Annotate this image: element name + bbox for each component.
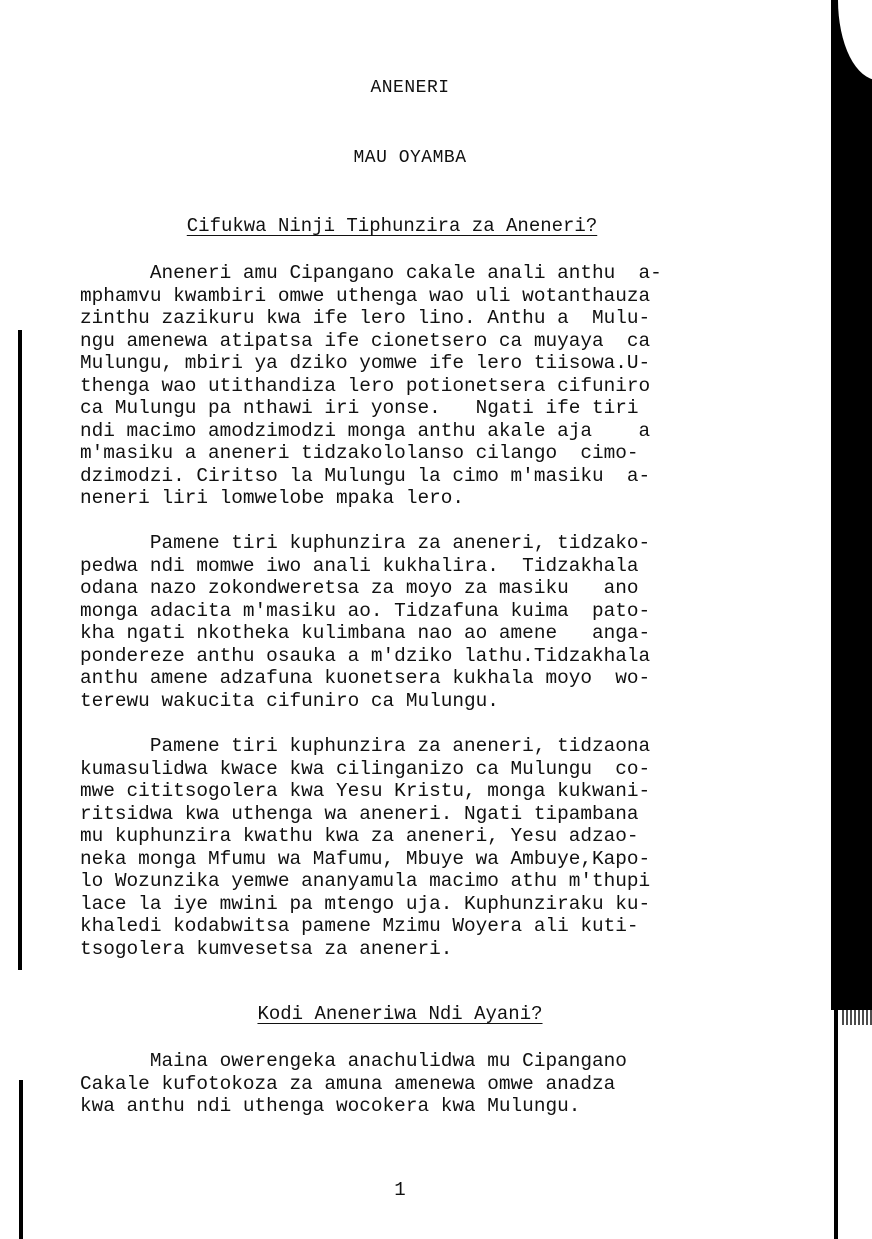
paragraph: Maina owerengeka anachulidwa mu Cipangan… — [80, 1050, 750, 1118]
scan-edge-line-right — [834, 1000, 838, 1239]
document-title: ANENERI — [0, 78, 820, 98]
section-heading-text: Cifukwa Ninji Tiphunzira za Aneneri? — [187, 215, 597, 237]
page-number: 1 — [0, 1179, 800, 1201]
scan-edge-noise — [842, 1010, 872, 1025]
scan-edge-line-left-lower — [19, 1080, 23, 1239]
document-page: ANENERI MAU OYAMBA Cifukwa Ninji Tiphunz… — [0, 0, 872, 1239]
scan-edge-shadow-right — [831, 0, 872, 1010]
section-heading: Cifukwa Ninji Tiphunzira za Aneneri? — [0, 215, 784, 237]
scan-edge-line-left — [18, 330, 22, 970]
paragraph: Aneneri amu Cipangano cakale anali anthu… — [80, 262, 750, 510]
section-heading-text: Kodi Aneneriwa Ndi Ayani? — [257, 1003, 542, 1025]
paragraph: Pamene tiri kuphunzira za aneneri, tidza… — [80, 532, 750, 712]
paragraph: Pamene tiri kuphunzira za aneneri, tidza… — [80, 735, 750, 960]
section-heading: Kodi Aneneriwa Ndi Ayani? — [0, 1003, 800, 1025]
chapter-title: MAU OYAMBA — [0, 148, 820, 168]
